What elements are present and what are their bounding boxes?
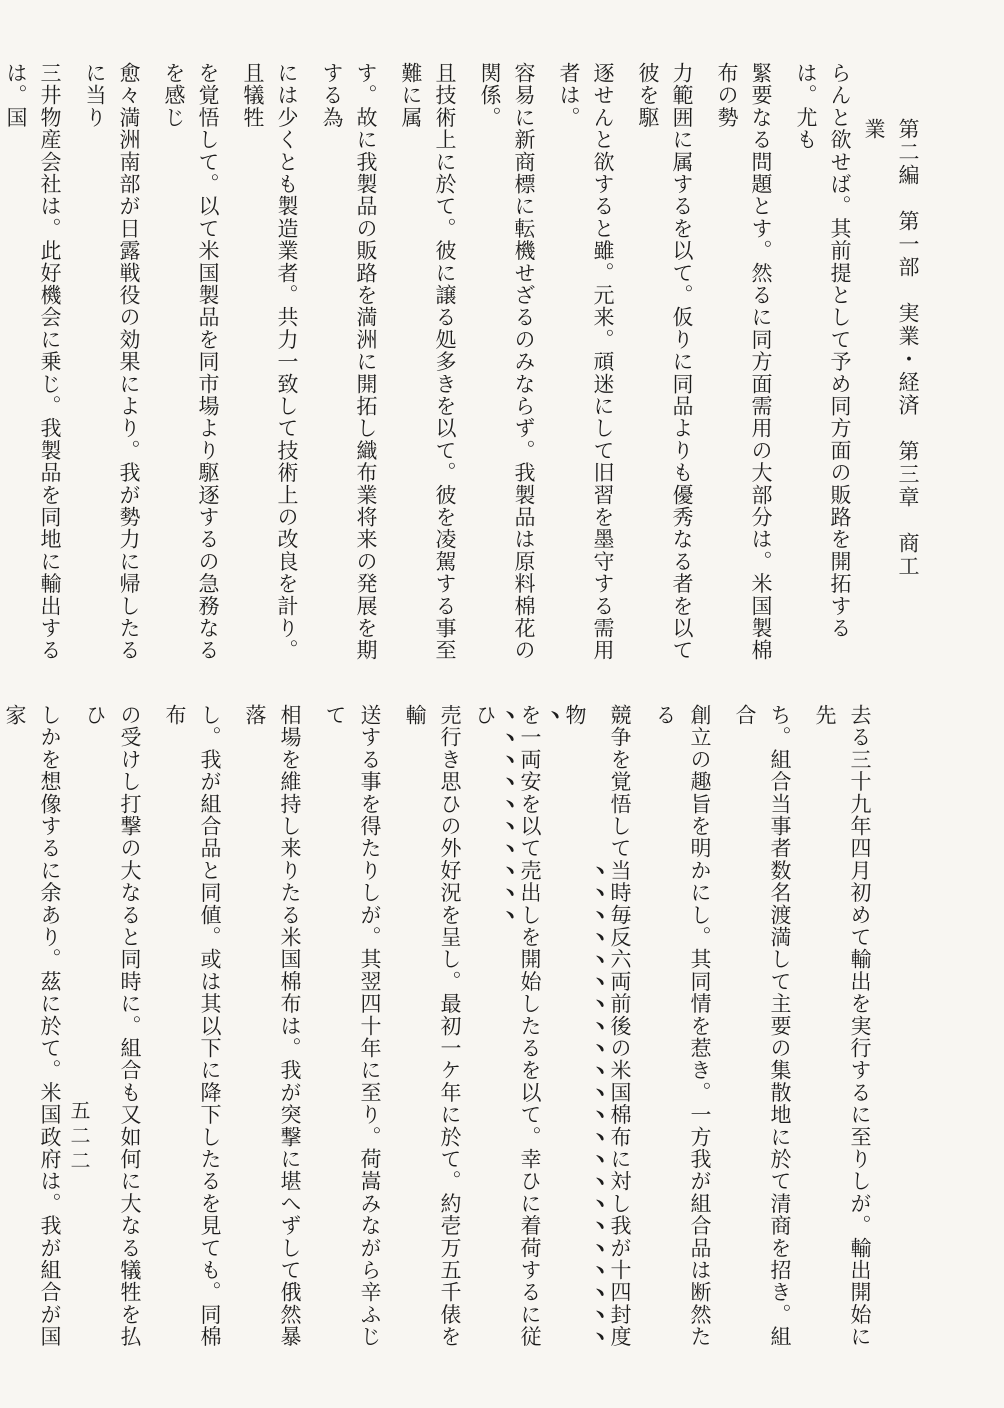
column-text: す。故に我製品の販路を満洲に開拓し織布業将来の発展を期する為 — [320, 62, 378, 661]
text-column: 三井物産会社は。此好機会に乗じ。我製品を同地に輸出するは。国 — [0, 62, 67, 664]
column-text: 且技術上に於て。彼に譲る処多きを以て。彼を凌駕する事至難に属 — [399, 62, 457, 661]
scanned-book-page: 第二編 第一部 実業・経済 第三章 商工業 らんと欲せば。其前提として予め同方面… — [0, 0, 1004, 1408]
text-column: を覚悟して。以て米国製品を同市場より駆逐するの急務なるを感じ — [146, 62, 225, 664]
column-text: 容易に新商標に転機せざるのみならず。我製品は原料棉花の関係。 — [478, 62, 536, 661]
text-column: 且技術上に於て。彼に譲る処多きを以て。彼を凌駕する事至難に属 — [383, 62, 462, 664]
column-text: 送する事を得たりしが。其翌四十年に至り。荷嵩みながら辛ふじて — [323, 704, 382, 1348]
text-column: 緊要なる問題とす。然るに同方面需用の大部分は。米国製棉布の勢 — [699, 62, 778, 664]
column-text: 競争を覚悟して — [608, 704, 632, 859]
text-column: 売行き思ひの外好況を呈し。最初一ケ年に於て。約壱万五千俵を輸 — [387, 704, 467, 1354]
column-text: 逐せんと欲すると雖。元来。頑迷にして旧習を墨守する需用者は。 — [557, 62, 615, 661]
column-text: 相場を維持し来りたる米国棉布は。我が突撃に堪へずして俄然暴落 — [243, 704, 302, 1348]
column-text: し。我が組合品と同値。或は其以下に降下したるを見ても。同棉布 — [163, 704, 222, 1348]
text-column: 送する事を得たりしが。其翌四十年に至り。荷嵩みながら辛ふじて — [307, 704, 387, 1354]
text-column: を一両安を以て売出しを開始したるを以て。幸ひに着荷するに従ひ — [467, 704, 547, 1354]
text-column: 力範囲に属するを以て。仮りに同品よりも優秀なる者を以て彼を駆 — [620, 62, 699, 664]
column-text: 去る三十九年四月初めて輸出を実行するに至りしが。輸出開始に先 — [813, 704, 872, 1348]
column-text: ち。組合当事者数名渡満して主要の集散地に於て清商を招き。組合 — [733, 704, 792, 1348]
text-column: しかを想像するに余あり。茲に於て。米国政府は。我が組合が国家 — [0, 704, 67, 1354]
text-column: し。我が組合品と同値。或は其以下に降下したるを見ても。同棉布 — [147, 704, 227, 1354]
running-head: 第二編 第一部 実業・経済 第三章 商工業 — [857, 62, 925, 588]
column-text: 売行き思ひの外好況を呈し。最初一ケ年に於て。約壱万五千俵を輸 — [403, 704, 462, 1348]
text-column: らんと欲せば。其前提として予め同方面の販路を開拓するは。尤も — [778, 62, 857, 664]
column-text: には少くとも製造業者。共力一致して技術上の改良を計り。且犠牲 — [241, 62, 299, 661]
top-text-block: 第二編 第一部 実業・経済 第三章 商工業 らんと欲せば。其前提として予め同方面… — [0, 62, 925, 664]
text-column: 逐せんと欲すると雖。元来。頑迷にして旧習を墨守する需用者は。 — [541, 62, 620, 664]
column-text: の受けし打撃の大なると同時に。組合も又如何に大なる犠牲を払ひ — [83, 704, 142, 1348]
column-text: しかを想像するに余あり。茲に於て。米国政府は。我が組合が国家 — [3, 704, 62, 1348]
column-text: 創立の趣旨を明かにし。其同情を惹き。一方我が組合品は断然たる — [653, 704, 712, 1348]
bottom-text-block: 去る三十九年四月初めて輸出を実行するに至りしが。輸出開始に先 ち。組合当事者数名… — [0, 704, 877, 1354]
column-emphasized-text: を一両安を以て売出し — [518, 704, 542, 926]
text-column: 去る三十九年四月初めて輸出を実行するに至りしが。輸出開始に先 — [797, 704, 877, 1354]
text-column: ち。組合当事者数名渡満して主要の集散地に於て清商を招き。組合 — [717, 704, 797, 1354]
column-text: らんと欲せば。其前提として予め同方面の販路を開拓するは。尤も — [794, 62, 852, 639]
column-text: 力範囲に属するを以て。仮りに同品よりも優秀なる者を以て彼を駆 — [636, 62, 694, 661]
text-column: 創立の趣旨を明かにし。其同情を惹き。一方我が組合品は断然たる — [637, 704, 717, 1354]
text-column: す。故に我製品の販路を満洲に開拓し織布業将来の発展を期する為 — [304, 62, 383, 664]
column-text: 三井物産会社は。此好機会に乗じ。我製品を同地に輸出するは。国 — [4, 62, 62, 661]
text-column: 競争を覚悟して当時毎反六両前後の米国棉布に対し我が十四封度物 — [547, 704, 637, 1354]
page-number: 五二二 — [64, 1100, 93, 1175]
column-text: を覚悟して。以て米国製品を同市場より駆逐するの急務なるを感じ — [162, 62, 220, 661]
column-text: 愈々満洲南部が日露戦役の効果により。我が勢力に帰したるに当り — [83, 62, 141, 661]
text-column: 相場を維持し来りたる米国棉布は。我が突撃に堪へずして俄然暴落 — [227, 704, 307, 1354]
text-column: 容易に新商標に転機せざるのみならず。我製品は原料棉花の関係。 — [462, 62, 541, 664]
text-column: 愈々満洲南部が日露戦役の効果により。我が勢力に帰したるに当り — [67, 62, 146, 664]
text-column: には少くとも製造業者。共力一致して技術上の改良を計り。且犠牲 — [225, 62, 304, 664]
column-text: 緊要なる問題とす。然るに同方面需用の大部分は。米国製棉布の勢 — [715, 62, 773, 661]
text-column: の受けし打撃の大なると同時に。組合も又如何に大なる犠牲を払ひ — [67, 704, 147, 1354]
